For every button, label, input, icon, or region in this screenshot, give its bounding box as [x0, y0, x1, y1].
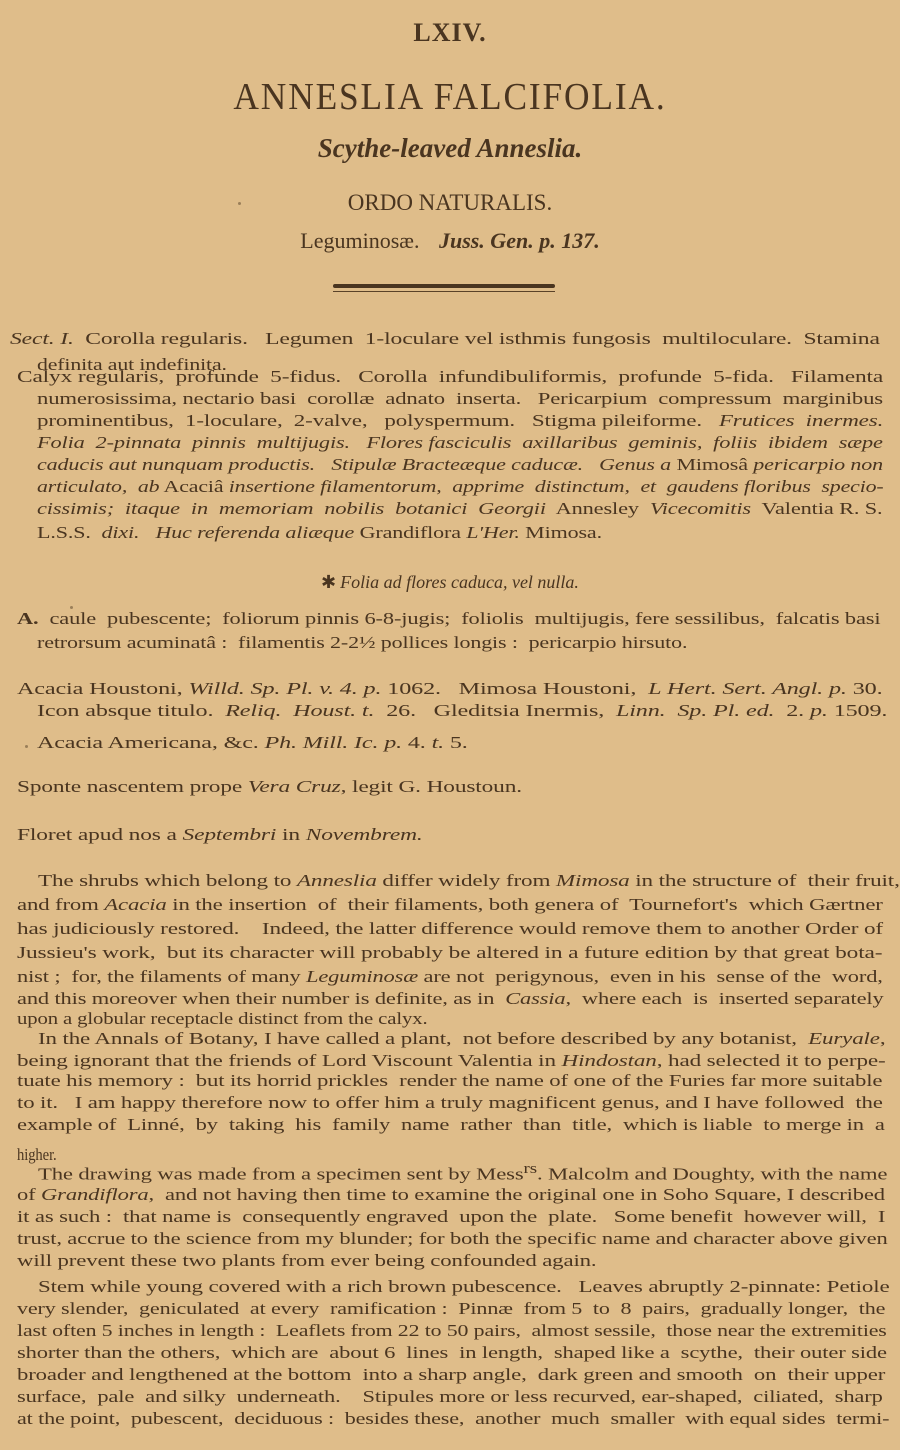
asterisk-icon: ✱ — [321, 572, 336, 592]
commentary-line: and from Acacia in the insertion of thei… — [17, 896, 883, 913]
generic-character-line: prominentibus, 1-loculare, 2-valve, poly… — [37, 412, 883, 429]
rule-thin-line — [333, 291, 555, 292]
commentary-line: surface, pale and silky underneath. Stip… — [17, 1388, 883, 1405]
commentary-line: Jussieu's work, but its character will p… — [17, 944, 882, 961]
specific-character-line: retrorsum acuminatâ : filamentis 2-2½ po… — [37, 634, 687, 651]
plate-number: LXIV. — [0, 18, 900, 48]
paper-speck — [238, 202, 241, 205]
commentary-line: will prevent these two plants from ever … — [17, 1252, 597, 1269]
synonym-line: Acacia Houstoni, Willd. Sp. Pl. v. 4. p.… — [17, 680, 883, 697]
commentary-line: and this moreover when their number is d… — [17, 990, 884, 1007]
commentary-line: trust, accrue to the science from my blu… — [17, 1230, 888, 1247]
commentary-line: shorter than the others, which are about… — [17, 1344, 887, 1361]
generic-character-line: Folia 2-pinnata pinnis multijugis. Flore… — [37, 434, 883, 451]
specific-character-line: A. caule pubescente; foliorum pinnis 6-8… — [17, 610, 880, 627]
commentary-line: The shrubs which belong to Anneslia diff… — [38, 872, 900, 889]
flowering-text: Floret apud nos a Septembri in Novembrem… — [17, 826, 423, 843]
generic-character-line: Calyx regularis, profunde 5-fidus. Corol… — [17, 368, 883, 385]
commentary-line: example of Linné, by taking his family n… — [17, 1116, 885, 1133]
synonym-line: Icon absque titulo. Reliq. Houst. t. 26.… — [37, 702, 887, 719]
generic-character-line: L.S.S. dixi. Huc referenda aliæque Grand… — [37, 524, 602, 541]
order-reference: Juss. Gen. p. 137. — [439, 228, 600, 253]
commentary-line: In the Annals of Botany, I have called a… — [38, 1030, 885, 1047]
commentary-line: has judiciously restored. Indeed, the la… — [17, 920, 883, 937]
botanical-plate-page: LXIV. ANNESLIA FALCIFOLIA. Scythe-leaved… — [0, 0, 900, 1450]
commentary-line: to it. I am happy therefore now to offer… — [17, 1094, 883, 1111]
ornamental-rule — [333, 284, 555, 294]
subsection-label: Folia ad flores caduca, vel nulla. — [340, 572, 579, 592]
commentary-line: The drawing was made from a specimen sen… — [38, 1162, 887, 1183]
generic-character-line: caducis aut nunquam productis. Stipulæ B… — [37, 456, 883, 473]
commentary-line: last often 5 inches in length : Leaflets… — [17, 1322, 887, 1339]
paper-speck — [70, 606, 73, 609]
commentary-line: very slender, geniculated at every ramif… — [17, 1300, 885, 1317]
commentary-line: at the point, pubescent, deciduous : bes… — [17, 1410, 889, 1427]
commentary-line: being ignorant that the friends of Lord … — [17, 1052, 886, 1069]
commentary-line: broader and lengthened at the bottom int… — [17, 1366, 885, 1383]
generic-character-line: numerosissima, nectario basi corollæ adn… — [37, 390, 883, 407]
generic-character-line: cissimis; itaque in memoriam nobilis bot… — [37, 500, 883, 517]
synonym-line: Acacia Americana, &c. Ph. Mill. Ic. p. 4… — [37, 734, 468, 751]
generic-character-line: Sect. I. Corolla regularis. Legumen 1-lo… — [10, 330, 880, 347]
order-name: Leguminosæ. — [300, 228, 419, 253]
commentary-line: it as such : that name is consequently e… — [17, 1208, 885, 1225]
commentary-line: higher. — [17, 1146, 57, 1163]
commentary-line: of Grandiflora, and not having then time… — [17, 1186, 885, 1203]
commentary-line: tuate his memory : but its horrid prickl… — [17, 1072, 882, 1089]
rule-thick-line — [333, 284, 555, 288]
generic-character-line: articulato, ab Acaciâ insertione filamen… — [37, 478, 884, 495]
natural-order: Leguminosæ. Juss. Gen. p. 137. — [0, 228, 900, 254]
commentary-line: nist ; for, the filaments of many Legumi… — [17, 968, 883, 985]
paper-speck — [25, 745, 28, 748]
commentary-line: Stem while young covered with a rich bro… — [38, 1278, 889, 1295]
ordo-naturalis-heading: ORDO NATURALIS. — [0, 190, 900, 216]
subsection-heading: ✱Folia ad flores caduca, vel nulla. — [0, 572, 900, 593]
common-name: Scythe-leaved Anneslia. — [0, 133, 900, 164]
habitat-text: Sponte nascentem prope Vera Cruz, legit … — [17, 778, 522, 795]
commentary-line: upon a globular receptacle distinct from… — [17, 1010, 428, 1027]
page-title: ANNESLIA FALCIFOLIA. — [32, 75, 869, 119]
